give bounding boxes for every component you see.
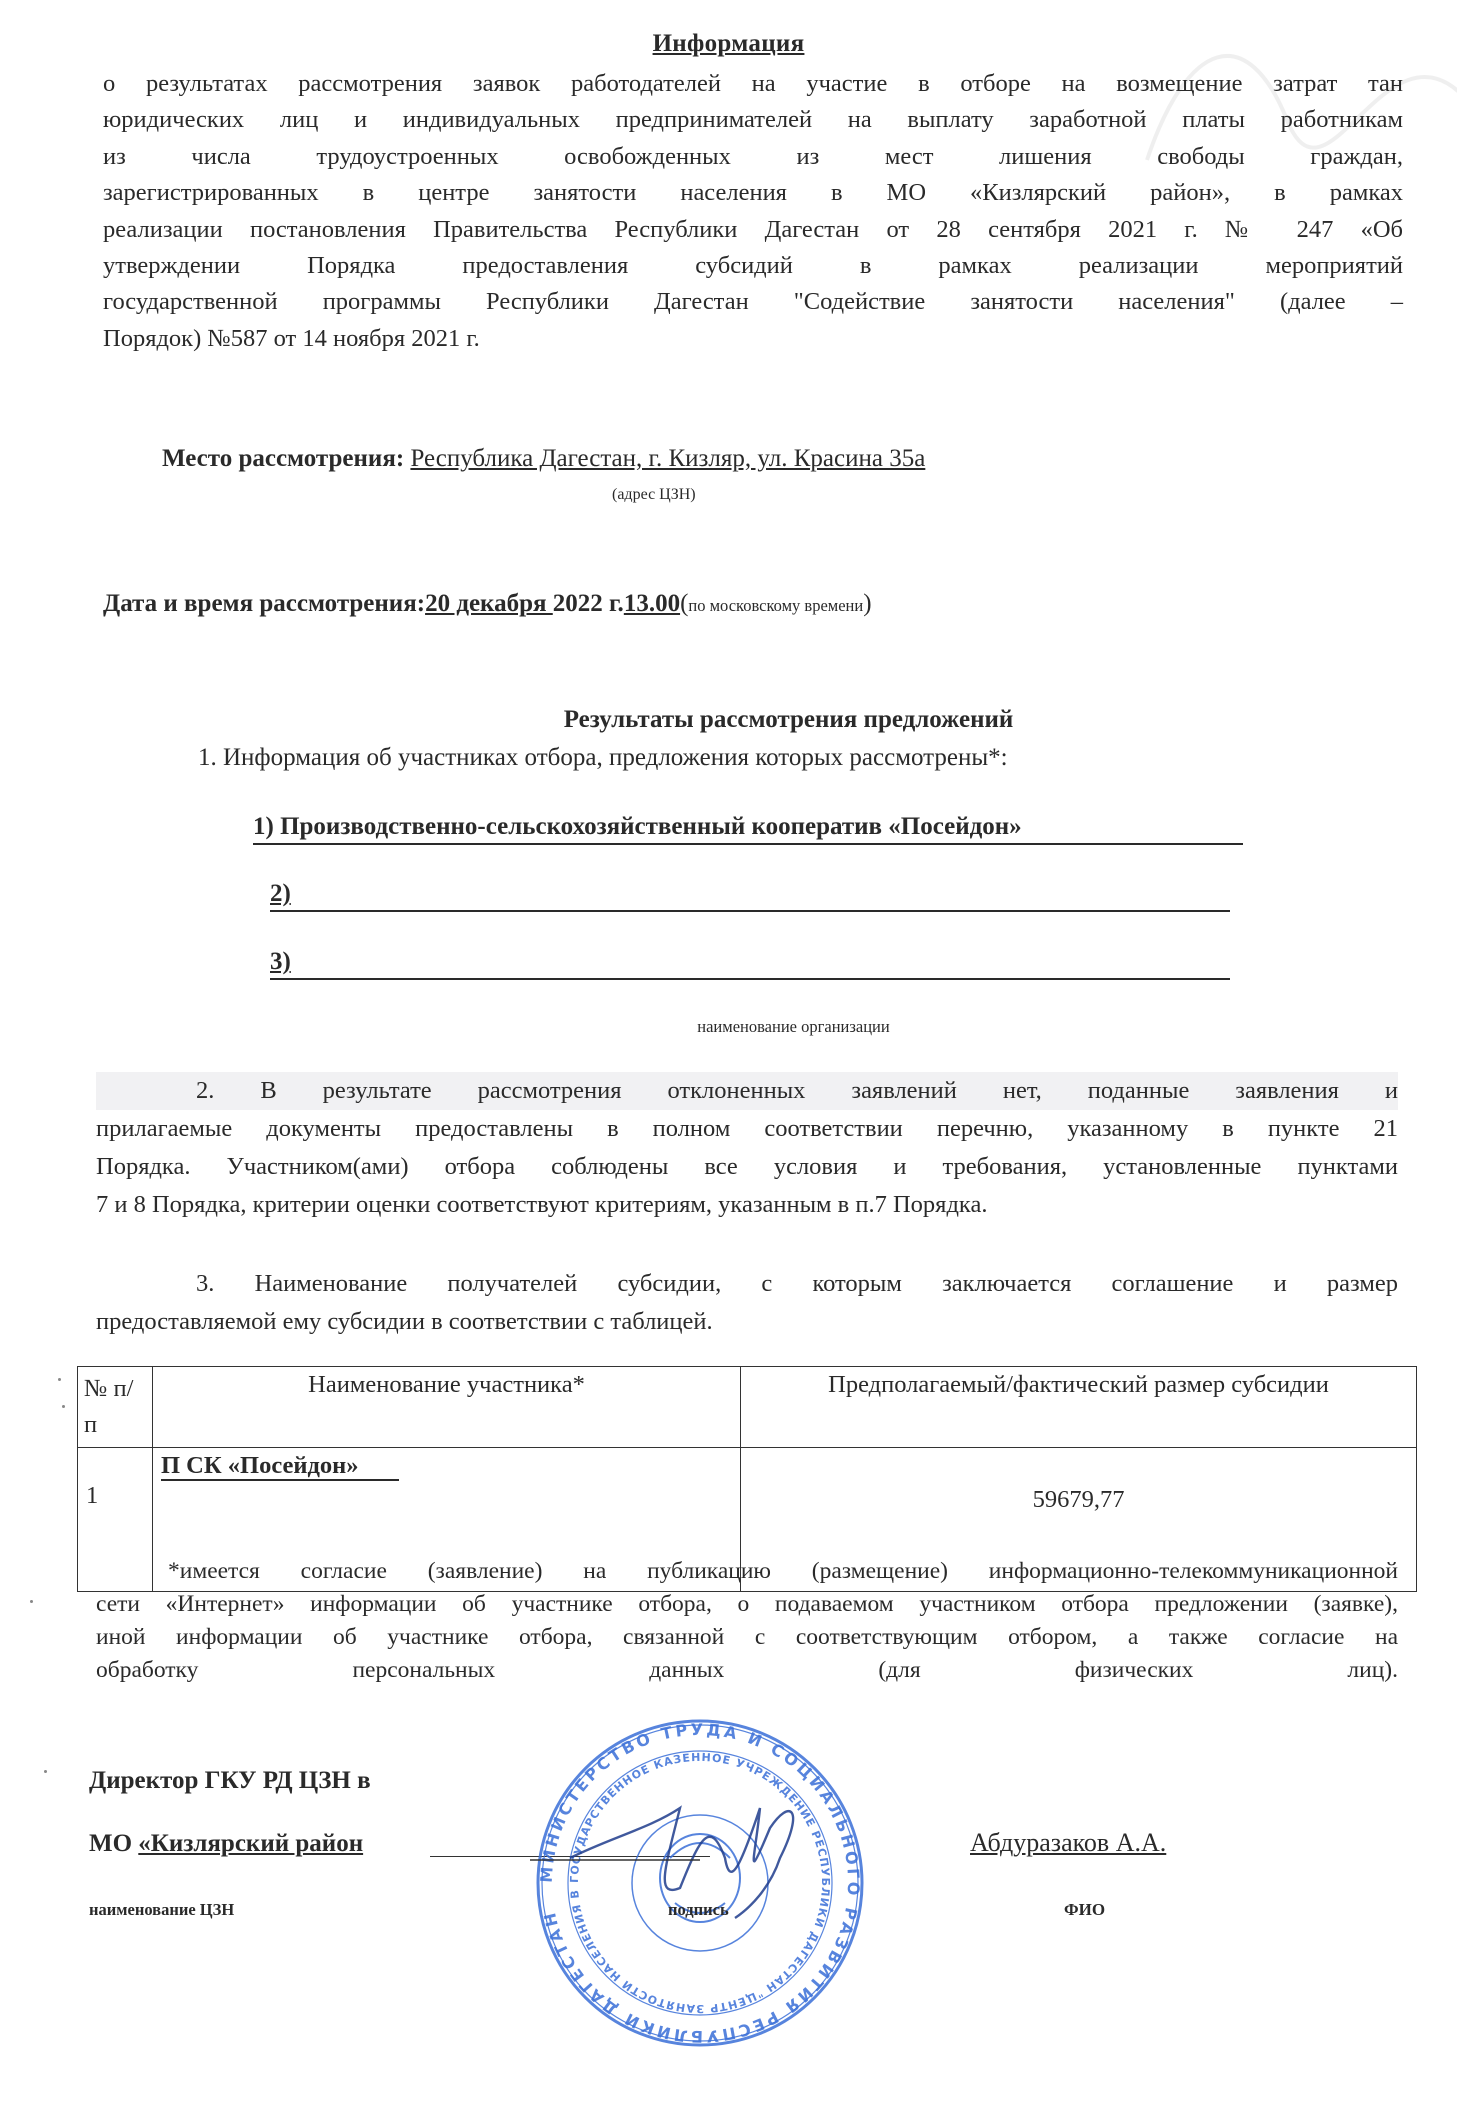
review-datetime-label: Дата и время рассмотрения:	[103, 590, 425, 617]
review-place-label: Место рассмотрения:	[162, 445, 404, 472]
intro-line: из числа трудоустроенных освобожденных и…	[103, 139, 1403, 175]
intro-line: государственной программы Республики Даг…	[103, 284, 1403, 320]
czn-name-hint: наименование ЦЗН	[89, 1900, 234, 1920]
signature-hint: подпись	[668, 1900, 729, 1920]
fio-hint: ФИО	[1064, 1900, 1105, 1920]
participant-1: 1) Производственно-сельскохозяйственный …	[253, 813, 1243, 845]
paragraph-2: 2. В результате рассмотрения отклоненных…	[96, 1072, 1398, 1224]
header-subsidy-amount: Предполагаемый/фактический размер субсид…	[741, 1367, 1417, 1448]
scan-speck	[58, 1378, 61, 1381]
paragraph-line: 7 и 8 Порядка, критерии оценки соответст…	[96, 1186, 1398, 1224]
signer-position: Директор ГКУ РД ЦЗН в	[89, 1767, 371, 1795]
results-item-1: 1. Информация об участниках отбора, пред…	[198, 744, 1008, 772]
paragraph-line: 2. В результате рассмотрения отклоненных…	[96, 1072, 1398, 1110]
review-year: 2022 г.	[553, 590, 624, 617]
paragraph-line: предоставляемой ему субсидии в соответст…	[96, 1303, 1398, 1341]
intro-line: Порядок) №587 от 14 ноября 2021 г.	[103, 321, 1403, 357]
paragraph-3: 3. Наименование получателей субсидии, с …	[96, 1265, 1398, 1341]
paragraph-line: прилагаемые документы предоставлены в по…	[96, 1110, 1398, 1148]
official-stamp-icon: МИНИСТЕРСТВО ТРУДА И СОЦИАЛЬНОГО РАЗВИТИ…	[530, 1718, 870, 2048]
review-place: Место рассмотрения: Республика Дагестан,…	[162, 445, 925, 473]
svg-text:МИНИСТЕРСТВО ТРУДА И СОЦИАЛЬНО: МИНИСТЕРСТВО ТРУДА И СОЦИАЛЬНОГО РАЗВИТИ…	[537, 1720, 863, 2046]
footnote-line: иной информации об участнике отбора, свя…	[96, 1621, 1398, 1654]
header-number: № п/п	[78, 1367, 153, 1448]
footnote-line: сети «Интернет» информации об участнике …	[96, 1588, 1398, 1621]
review-datetime: Дата и время рассмотрения:20 декабря 202…	[103, 590, 872, 618]
review-place-address: Республика Дагестан, г. Кизляр, ул. Крас…	[410, 445, 925, 472]
paragraph-line: 3. Наименование получателей субсидии, с …	[96, 1265, 1398, 1303]
table-header-row: № п/п Наименование участника* Предполага…	[78, 1367, 1417, 1448]
intro-paragraph: о результатах рассмотрения заявок работо…	[103, 66, 1403, 357]
footnote-line: *имеется согласие (заявление) на публика…	[96, 1555, 1398, 1588]
review-time-hint: по московскому времени	[688, 596, 863, 615]
header-participant: Наименование участника*	[153, 1367, 741, 1448]
intro-line: о результатах рассмотрения заявок работо…	[103, 66, 1403, 102]
intro-line: утверждении Порядка предоставления субси…	[103, 248, 1403, 284]
results-heading: Результаты рассмотрения предложений	[0, 706, 1457, 734]
scan-speck	[44, 1770, 47, 1773]
signer-organization: МО «Кизлярский район	[89, 1830, 363, 1858]
scan-speck	[30, 1600, 33, 1603]
participant-2-blank: 2)	[270, 880, 1230, 912]
footnote: *имеется согласие (заявление) на публика…	[96, 1555, 1398, 1687]
review-date: 20 декабря	[425, 590, 553, 617]
intro-line: юридических лиц и индивидуальных предпри…	[103, 102, 1403, 138]
organization-name-hint: наименование организации	[0, 1017, 1457, 1037]
document-title: Информация	[0, 30, 1457, 58]
signer-full-name: Абдуразаков А.А.	[970, 1828, 1166, 1858]
footnote-line: обработку персональных данных (для физич…	[96, 1654, 1398, 1687]
review-time: 13.00	[624, 590, 680, 617]
paragraph-line: Порядка. Участником(ами) отбора соблюден…	[96, 1148, 1398, 1186]
participant-3-blank: 3)	[270, 948, 1230, 980]
scan-speck	[62, 1405, 65, 1408]
intro-line: реализации постановления Правительства Р…	[103, 212, 1403, 248]
intro-line: зарегистрированных в центре занятости на…	[103, 175, 1403, 211]
review-place-hint: (адрес ЦЗН)	[612, 486, 696, 504]
